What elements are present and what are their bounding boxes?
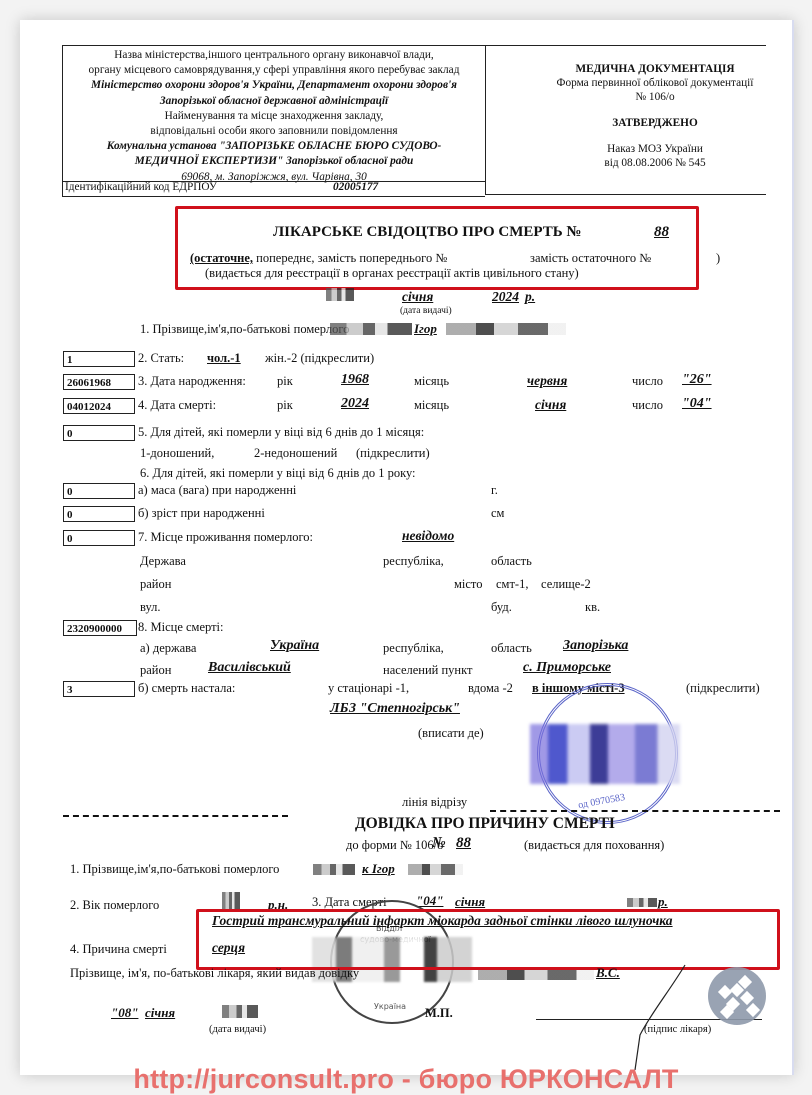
field-4-year-label: рік	[277, 398, 293, 413]
field-3-year-label: рік	[277, 374, 293, 389]
field-5-option-1: 1-доношений,	[140, 446, 214, 461]
redacted-issue-year	[222, 1005, 258, 1018]
field-2-male: чол.-1	[207, 351, 241, 366]
field-7-street: вул.	[140, 600, 161, 615]
ref-issue-caption: (дата видачі)	[209, 1024, 266, 1035]
redacted-patronymic	[446, 323, 566, 335]
field-7-building: буд.	[491, 600, 512, 615]
header-divider	[485, 45, 486, 195]
field-8-district-label: район	[140, 663, 171, 678]
type-rest: попереднє, замість попереднього №	[256, 251, 447, 265]
watermark-link[interactable]: http://jurconsult.pro - бюро ЮРКОНСАЛТ	[0, 1064, 812, 1095]
header-rule-top	[486, 45, 766, 46]
ref-field-3-suffix: р.	[658, 894, 668, 910]
field-6b-label: б) зріст при народженні	[138, 506, 265, 521]
certificate-number: 88	[654, 224, 669, 241]
certificate-purpose: (видається для реєстрації в органах реєс…	[205, 266, 579, 281]
redacted-day	[326, 288, 354, 301]
field-7-district: район	[140, 577, 171, 592]
redacted-year	[627, 898, 657, 907]
field-8-hospital: у стаціонарі -1,	[328, 681, 409, 696]
field-8-district: Василівський	[208, 660, 291, 676]
certificate-title: ЛІКАРСЬКЕ СВІДОЦТВО ПРО СМЕРТЬ №	[273, 224, 581, 241]
field-7-smt: смт-1,	[496, 577, 528, 592]
cut-line-label: лінія відрізу	[402, 795, 467, 810]
medical-doc-title: МЕДИЧНА ДОКУМЕНТАЦІЯ	[540, 62, 770, 76]
header-line: відповідальні особи якого заповнили пові…	[63, 124, 485, 139]
field-4-month: січня	[535, 397, 566, 413]
ref-issue-day: "08"	[111, 1005, 138, 1021]
field-8-country: Україна	[270, 638, 319, 654]
header-line: органу місцевого самоврядування,у сфері …	[63, 63, 485, 78]
field-3-code: 26061968	[63, 374, 135, 390]
issue-year: 2024	[492, 289, 519, 305]
ref-field-1-label: 1. Прізвище,ім'я,по-батькові померлого	[70, 862, 279, 877]
signature-caption: (підпис лікаря)	[644, 1024, 711, 1035]
reference-form: до форми № 106/о	[346, 838, 443, 853]
field-3-day-label: число	[632, 374, 663, 389]
edrpou-row: Ідентифікаційний код ЕДРПОУ 02005177	[63, 181, 485, 196]
field-5-note: (підкреслити)	[356, 446, 430, 461]
order-line-2: від 08.08.2006 № 545	[540, 156, 770, 170]
field-7-region: область	[491, 554, 532, 569]
field-5-code: 0	[63, 425, 135, 441]
header-line-institution-2: МЕДИЧНОЇ ЕКСПЕРТИЗИ" Запорізької обласно…	[63, 154, 485, 169]
field-6a-label: а) маса (вага) при народженні	[138, 483, 296, 498]
field-8b-code: 3	[63, 681, 135, 697]
field-1-label: 1. Прізвище,ім'я,по-батькові померлого	[140, 322, 349, 337]
field-8b-label: б) смерть настала:	[138, 681, 235, 696]
issue-caption: (дата видачі)	[400, 306, 452, 316]
reference-title: ДОВІДКА ПРО ПРИЧИНУ СМЕРТІ	[355, 815, 615, 833]
field-4-month-label: місяць	[414, 398, 449, 413]
approved-label: ЗАТВЕРДЖЕНО	[540, 116, 770, 130]
field-8a-label: а) держава	[140, 641, 196, 656]
field-2-label: 2. Стать:	[138, 351, 184, 366]
redacted-surname-2	[313, 864, 355, 875]
order-line-1: Наказ МОЗ України	[540, 142, 770, 156]
field-8-settlement-label: населений пункт	[383, 663, 472, 678]
field-6-label: 6. Для дітей, які померли у віці від 6 д…	[140, 466, 416, 481]
field-8-republic: республіка,	[383, 641, 444, 656]
field-8-region: Запорізька	[563, 638, 628, 654]
field-7-city: місто	[454, 577, 482, 592]
puzzle-badge-icon	[708, 967, 766, 1025]
header-line: Найменування та місце знаходження заклад…	[63, 109, 485, 124]
header-line-ministry: Міністерство охорони здоров'я України, Д…	[63, 78, 485, 93]
redacted-stamp-text	[530, 724, 680, 784]
field-2-code: 1	[63, 351, 135, 367]
form-line: Форма первинної облікової документації	[540, 76, 770, 90]
header-line-institution: Комунальна установа "ЗАПОРІЗЬКЕ ОБЛАСНЕ …	[63, 139, 485, 154]
ref-field-2-label: 2. Вік померлого	[70, 898, 159, 913]
issue-month: січня	[402, 289, 433, 305]
field-7-code: 0	[63, 530, 135, 546]
type-final: (остаточне,	[190, 251, 253, 265]
field-3-year: 1968	[341, 372, 369, 388]
field-7-village: селище-2	[541, 577, 591, 592]
ref-field-3-month: січня	[455, 894, 485, 910]
reference-number: 88	[456, 835, 471, 852]
field-1-name: Ігор	[414, 321, 437, 337]
field-8-region-label: область	[491, 641, 532, 656]
reference-num-sign: №	[432, 835, 446, 852]
redacted-age	[222, 892, 240, 910]
field-3-day: "26"	[682, 372, 712, 388]
cut-line-right	[490, 810, 780, 812]
ref-field-1-name: к Ігор	[362, 861, 395, 877]
cause-line-1: Гострий трансмуральний інфаркт міокарда …	[212, 913, 673, 929]
cause-line-2: серця	[212, 940, 245, 956]
field-3-month-label: місяць	[414, 374, 449, 389]
field-2-female: жін.-2 (підкреслити)	[265, 351, 374, 366]
institution-header-box: Назва міністерства,іншого центрального о…	[62, 45, 485, 197]
form-info-header: МЕДИЧНА ДОКУМЕНТАЦІЯ Форма первинної обл…	[540, 62, 770, 170]
ref-issue-month: січня	[145, 1005, 175, 1021]
issue-year-suffix: р.	[525, 289, 535, 305]
edrpou-value: 02005177	[333, 181, 378, 193]
blue-stamp: од 0970583	[537, 683, 678, 824]
edrpou-label: Ідентифікаційний код ЕДРПОУ	[65, 181, 217, 193]
field-7-state: Держава	[140, 554, 186, 569]
field-7-republic: республіка,	[383, 554, 444, 569]
cut-line-left	[63, 815, 288, 817]
field-8-settlement: с. Приморське	[523, 660, 611, 676]
field-6b-code: 0	[63, 506, 135, 522]
redacted-patronymic-2	[408, 864, 463, 875]
field-5-label: 5. Для дітей, які померли у віці від 6 д…	[138, 425, 424, 440]
field-8-home: вдома -2	[468, 681, 513, 696]
stamp-text-bottom: Україна	[374, 1002, 406, 1011]
form-number: № 106/о	[540, 90, 770, 104]
seal-label: М.П.	[425, 1006, 453, 1021]
field-6b-unit: см	[491, 506, 504, 521]
field-3-label: 3. Дата народження:	[138, 374, 246, 389]
header-line: Назва міністерства,іншого центрального о…	[63, 48, 485, 63]
field-8-place: ЛБЗ "Степногірськ"	[330, 701, 460, 717]
doctor-initials: В.С.	[596, 965, 620, 981]
sheet-edge	[792, 20, 794, 1075]
field-4-label: 4. Дата смерті:	[138, 398, 216, 413]
instead-final: замість остаточного №	[530, 251, 651, 266]
close-paren: )	[716, 251, 720, 266]
field-4-day: "04"	[682, 396, 712, 412]
header-line-administration: Запорізької обласної державної адміністр…	[63, 94, 485, 109]
field-6a-code: 0	[63, 483, 135, 499]
field-5-option-2: 2-недоношений	[254, 446, 337, 461]
field-7-value: невідомо	[402, 528, 454, 544]
reference-purpose: (видається для поховання)	[524, 838, 664, 853]
redacted-doctor-name	[478, 970, 594, 980]
field-7-label: 7. Місце проживання померлого:	[138, 530, 313, 545]
field-4-code: 04012024	[63, 398, 135, 414]
field-8-label: 8. Місце смерті:	[138, 620, 224, 635]
signature-icon	[630, 960, 690, 1080]
field-3-month: червня	[527, 373, 567, 389]
field-4-day-label: число	[632, 398, 663, 413]
field-8-code: 2320900000	[63, 620, 137, 636]
field-6a-unit: г.	[491, 483, 498, 498]
institution-lines: Назва міністерства,іншого центрального о…	[63, 48, 485, 185]
stamp-code: од 0970583	[577, 792, 626, 811]
field-7-apt: кв.	[585, 600, 600, 615]
redacted-surname	[330, 323, 412, 335]
field-8-place-caption: (вписати де)	[418, 726, 484, 741]
field-8-note: (підкреслити)	[686, 681, 760, 696]
ref-field-4-label: 4. Причина смерті	[70, 942, 167, 957]
header-rule-bottom	[486, 194, 766, 195]
field-4-year: 2024	[341, 396, 369, 412]
doctor-label: Прізвище, ім'я, по-батькові лікаря, який…	[70, 966, 359, 981]
